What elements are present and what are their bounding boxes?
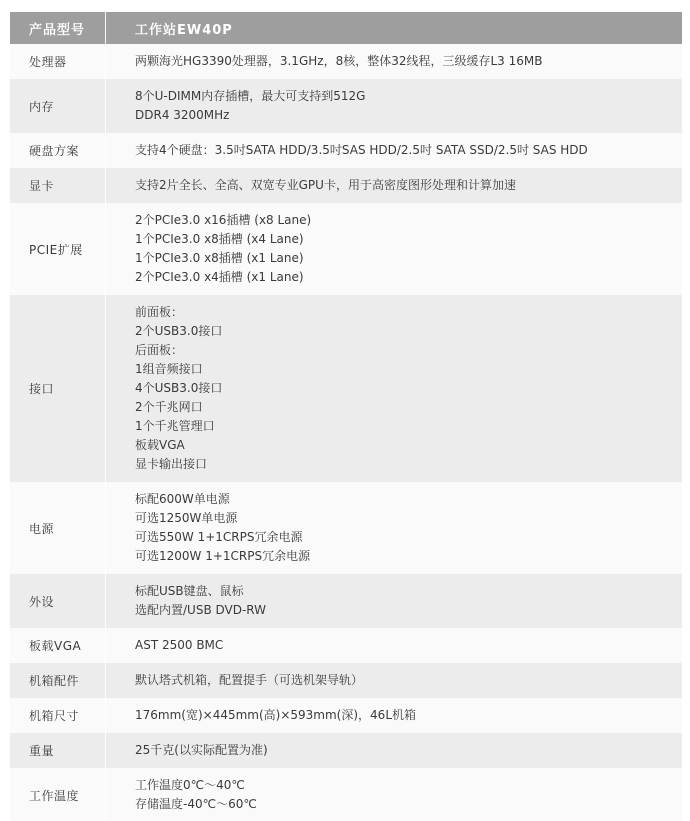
table-row: 机箱配件 默认塔式机箱，配置提手（可选机架导轨） [10, 663, 682, 698]
row-value: 25千克(以实际配置为准) [105, 733, 682, 768]
row-value-line: DDR4 3200MHz [135, 106, 672, 125]
row-value-line: 1个PCIe3.0 x8插槽 (x4 Lane) [135, 230, 672, 249]
row-value-line: 可选1200W 1+1CRPS冗余电源 [135, 547, 672, 566]
row-label: 重量 [10, 733, 105, 768]
row-value-line: 工作温度0℃～40℃ [135, 776, 672, 795]
row-label: 板载VGA [10, 628, 105, 663]
row-label: PCIE扩展 [10, 203, 105, 295]
row-value: 支持2片全长、全高、双宽专业GPU卡，用于高密度图形处理和计算加速 [105, 168, 682, 203]
header-model-value: 工作站EW40P [105, 12, 682, 44]
table-row: 处理器 两颗海光HG3390处理器，3.1GHz，8核，整体32线程，三级缓存L… [10, 44, 682, 79]
row-value-line: 后面板： [135, 341, 672, 360]
row-value-line: 板载VGA [135, 436, 672, 455]
row-value-line: AST 2500 BMC [135, 636, 672, 655]
row-value-line: 2个PCIe3.0 x4插槽 (x1 Lane) [135, 268, 672, 287]
table-row: 板载VGA AST 2500 BMC [10, 628, 682, 663]
row-value: 176mm(宽)×445mm(高)×593mm(深)，46L机箱 [105, 698, 682, 733]
table-row: 硬盘方案 支持4个硬盘：3.5吋SATA HDD/3.5吋SAS HDD/2.5… [10, 133, 682, 168]
table-row: 内存 8个U-DIMM内存插槽，最大可支持到512GDDR4 3200MHz [10, 79, 682, 133]
row-value: 默认塔式机箱，配置提手（可选机架导轨） [105, 663, 682, 698]
table-header-row: 产品型号 工作站EW40P [10, 12, 682, 44]
row-value-line: 支持2片全长、全高、双宽专业GPU卡，用于高密度图形处理和计算加速 [135, 176, 672, 195]
row-value-line: 标配600W单电源 [135, 490, 672, 509]
row-label: 接口 [10, 295, 105, 482]
row-value: AST 2500 BMC [105, 628, 682, 663]
row-value-line: 1个千兆管理口 [135, 417, 672, 436]
row-value: 8个U-DIMM内存插槽，最大可支持到512GDDR4 3200MHz [105, 79, 682, 133]
row-value: 标配600W单电源可选1250W单电源可选550W 1+1CRPS冗余电源可选1… [105, 482, 682, 574]
table-row: 外设 标配USB键盘、鼠标选配内置/USB DVD-RW [10, 574, 682, 628]
row-value: 工作温度0℃～40℃存储温度-40℃～60℃ [105, 768, 682, 821]
row-value-line: 支持4个硬盘：3.5吋SATA HDD/3.5吋SAS HDD/2.5吋 SAT… [135, 141, 672, 160]
table-row: PCIE扩展 2个PCIe3.0 x16插槽 (x8 Lane)1个PCIe3.… [10, 203, 682, 295]
table-row: 电源 标配600W单电源可选1250W单电源可选550W 1+1CRPS冗余电源… [10, 482, 682, 574]
table-body: 处理器 两颗海光HG3390处理器，3.1GHz，8核，整体32线程，三级缓存L… [10, 44, 682, 821]
row-value-line: 1组音频接口 [135, 360, 672, 379]
table-row: 显卡 支持2片全长、全高、双宽专业GPU卡，用于高密度图形处理和计算加速 [10, 168, 682, 203]
table-row: 工作温度 工作温度0℃～40℃存储温度-40℃～60℃ [10, 768, 682, 821]
row-value-line: 176mm(宽)×445mm(高)×593mm(深)，46L机箱 [135, 706, 672, 725]
row-value: 2个PCIe3.0 x16插槽 (x8 Lane)1个PCIe3.0 x8插槽 … [105, 203, 682, 295]
row-value-line: 标配USB键盘、鼠标 [135, 582, 672, 601]
row-value: 标配USB键盘、鼠标选配内置/USB DVD-RW [105, 574, 682, 628]
spec-table: 产品型号 工作站EW40P 处理器 两颗海光HG3390处理器，3.1GHz，8… [10, 12, 682, 821]
row-label: 机箱配件 [10, 663, 105, 698]
header-model-label: 产品型号 [10, 12, 105, 44]
row-value-line: 4个USB3.0接口 [135, 379, 672, 398]
row-value-line: 2个USB3.0接口 [135, 322, 672, 341]
row-value: 两颗海光HG3390处理器，3.1GHz，8核，整体32线程，三级缓存L3 16… [105, 44, 682, 79]
row-value-line: 2个千兆网口 [135, 398, 672, 417]
row-value-line: 1个PCIe3.0 x8插槽 (x1 Lane) [135, 249, 672, 268]
row-value: 前面板：2个USB3.0接口后面板：1组音频接口4个USB3.0接口2个千兆网口… [105, 295, 682, 482]
row-label: 内存 [10, 79, 105, 133]
row-value-line: 25千克(以实际配置为准) [135, 741, 672, 760]
row-label: 外设 [10, 574, 105, 628]
row-value-line: 可选1250W单电源 [135, 509, 672, 528]
row-value-line: 8个U-DIMM内存插槽，最大可支持到512G [135, 87, 672, 106]
row-label: 硬盘方案 [10, 133, 105, 168]
row-label: 电源 [10, 482, 105, 574]
row-value-line: 2个PCIe3.0 x16插槽 (x8 Lane) [135, 211, 672, 230]
row-label: 机箱尺寸 [10, 698, 105, 733]
page: 产品型号 工作站EW40P 处理器 两颗海光HG3390处理器，3.1GHz，8… [0, 0, 690, 821]
row-value-line: 两颗海光HG3390处理器，3.1GHz，8核，整体32线程，三级缓存L3 16… [135, 52, 672, 71]
row-value-line: 可选550W 1+1CRPS冗余电源 [135, 528, 672, 547]
row-label: 处理器 [10, 44, 105, 79]
row-value-line: 选配内置/USB DVD-RW [135, 601, 672, 620]
row-label: 工作温度 [10, 768, 105, 821]
row-value-line: 前面板： [135, 303, 672, 322]
table-row: 机箱尺寸 176mm(宽)×445mm(高)×593mm(深)，46L机箱 [10, 698, 682, 733]
row-value-line: 存储温度-40℃～60℃ [135, 795, 672, 814]
table-row: 接口 前面板：2个USB3.0接口后面板：1组音频接口4个USB3.0接口2个千… [10, 295, 682, 482]
row-value-line: 显卡输出接口 [135, 455, 672, 474]
row-label: 显卡 [10, 168, 105, 203]
table-row: 重量 25千克(以实际配置为准) [10, 733, 682, 768]
row-value-line: 默认塔式机箱，配置提手（可选机架导轨） [135, 671, 672, 690]
row-value: 支持4个硬盘：3.5吋SATA HDD/3.5吋SAS HDD/2.5吋 SAT… [105, 133, 682, 168]
